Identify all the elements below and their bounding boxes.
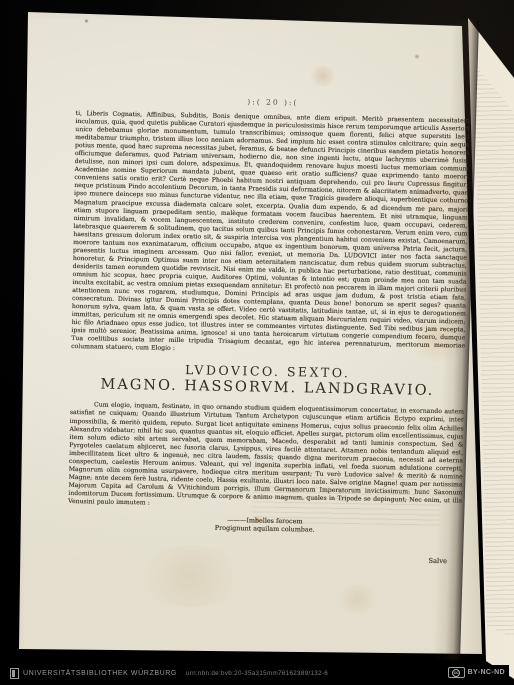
scan-background: ):( 20 ):( ti, Liberis Cognatis, Affinib…: [0, 0, 514, 685]
urn-label: urn:nbn:de:bvb:20-35a315mm76162389/132-6: [183, 669, 331, 678]
oration-paragraph-1: ti, Liberis Cognatis, Affinibus, Subditi…: [71, 110, 470, 359]
library-logo-icon: [10, 668, 19, 679]
license-badge: cc BY-NC-ND: [444, 665, 509, 680]
license-label: BY-NC-ND: [468, 669, 505, 676]
page-stain: [84, 19, 89, 23]
page-stain: [308, 66, 338, 86]
page-stain: [335, 585, 379, 613]
branding-footer: UNIVERSITÄTSBIBLIOTHEK WÜRZBURG urn:nbn:…: [0, 662, 514, 685]
page-content: ):( 20 ):( ti, Liberis Cognatis, Affinib…: [67, 94, 470, 565]
library-name: UNIVERSITÄTSBIBLIOTHEK WÜRZBURG: [23, 670, 177, 677]
library-branding: UNIVERSITÄTSBIBLIOTHEK WÜRZBURG: [7, 667, 180, 680]
cc-license-icon: cc: [448, 667, 465, 678]
cc-symbol: cc: [452, 669, 460, 677]
page-stain: [414, 54, 420, 59]
oration-paragraph-2: Cum elogio, inquam, festinato, in quo or…: [68, 401, 464, 513]
